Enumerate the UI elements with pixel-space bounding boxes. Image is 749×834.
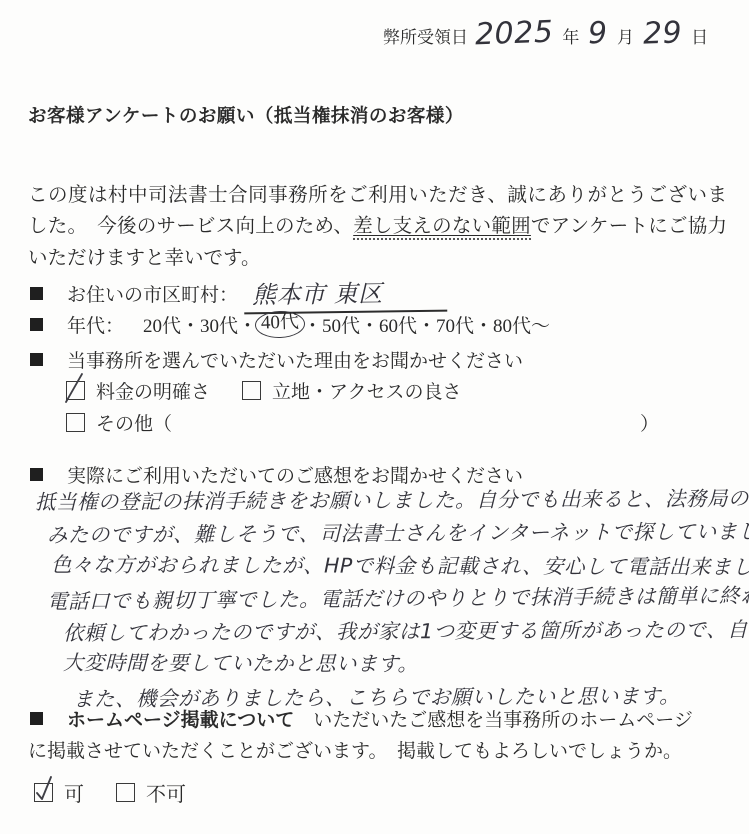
page-title: お客様アンケートのお願い（抵当権抹消のお客様） bbox=[28, 102, 464, 128]
intro-paragraph: この度は村中司法書士合同事務所をご利用いただき、誠にありがとうございました。 今… bbox=[28, 180, 727, 275]
option-no-label: 不可 bbox=[146, 778, 186, 807]
option-yes-label: 可 bbox=[64, 778, 84, 807]
feedback-answer-handwritten: 抵当権の登記の抹消手続きをお願いしました。自分でも出来ると、法務局のHPを みた… bbox=[35, 484, 749, 714]
question-homepage: ホームページ掲載について いただいたご感想を当事務所のホームページ bbox=[30, 705, 693, 732]
feedback-line: みたのですが、難しそうで、司法書士さんをインターネットで探していました。 bbox=[47, 515, 749, 552]
day-unit: 日 bbox=[691, 23, 708, 48]
handwritten-check-icon bbox=[35, 784, 52, 801]
option-fee-label: 料金の明確さ bbox=[96, 377, 210, 404]
feedback-line: 抵当権の登記の抹消手続きをお願いしました。自分でも出来ると、法務局のHPを bbox=[35, 482, 749, 519]
option-no: 不可 bbox=[116, 778, 186, 807]
option-other: その他（ ） bbox=[66, 409, 659, 436]
feedback-line: 依頼してわかったのですが、我が家は1つ変更する箇所があったので、自分でしたら bbox=[63, 613, 749, 650]
residence-answer-handwritten: 熊本市 東区 bbox=[244, 273, 448, 315]
question-age: 年代： 20代・30代・ 40代 ・50代・60代・70代・80代～ bbox=[30, 311, 550, 338]
checkbox-fee-checked[interactable] bbox=[66, 381, 85, 400]
option-location: 立地・アクセスの良さ bbox=[242, 377, 461, 404]
received-year-handwritten: 2025 bbox=[474, 15, 554, 53]
reason-options-row: 料金の明確さ 立地・アクセスの良さ bbox=[66, 377, 461, 404]
bullet-square-icon bbox=[30, 353, 43, 366]
homepage-line2: に掲載させていただくことがございます。 掲載してもよろしいでしょうか。 bbox=[28, 736, 682, 763]
received-date-label: 弊所受領日 bbox=[383, 23, 468, 48]
intro-underlined-phrase: 差し支えのない範囲 bbox=[353, 216, 531, 240]
year-unit: 年 bbox=[562, 23, 579, 48]
option-fee: 料金の明確さ bbox=[66, 377, 210, 404]
question-reason: 当事務所を選んでいただいた理由をお聞かせください bbox=[30, 346, 523, 373]
age-label: 年代： bbox=[67, 311, 124, 338]
option-yes: 可 bbox=[34, 778, 84, 807]
bullet-square-icon bbox=[30, 468, 43, 481]
reason-label: 当事務所を選んでいただいた理由をお聞かせください bbox=[67, 346, 523, 373]
received-day-handwritten: 29 bbox=[642, 15, 682, 51]
question-residence: お住いの市区町村： 熊本市 東区 bbox=[30, 274, 447, 313]
received-date: 弊所受領日 2025 年 9 月 29 日 bbox=[383, 16, 710, 51]
bullet-square-icon bbox=[30, 287, 43, 300]
checkbox-yes-checked[interactable] bbox=[34, 783, 53, 802]
bullet-square-icon bbox=[30, 318, 43, 331]
handwritten-slash-icon bbox=[67, 382, 84, 399]
checkbox-location[interactable] bbox=[242, 381, 261, 400]
option-other-close-paren: ） bbox=[640, 409, 659, 436]
reason-other-row: その他（ ） bbox=[66, 409, 659, 436]
feedback-line: 電話口でも親切丁寧でした。電話だけのやりとりで抹消手続きは簡単に終わりました。 bbox=[47, 579, 749, 619]
homepage-heading: ホームページ掲載について bbox=[67, 705, 294, 732]
residence-label: お住いの市区町村： bbox=[67, 280, 238, 307]
homepage-line1-rest: いただいたご感想を当事務所のホームページ bbox=[294, 705, 693, 732]
age-circled-answer: 40代 bbox=[255, 310, 306, 339]
consent-options-row: 可 不可 bbox=[34, 778, 186, 807]
checkbox-no[interactable] bbox=[116, 783, 135, 802]
age-options-after: ・50代・60代・70代・80代～ bbox=[303, 311, 550, 338]
checkbox-other[interactable] bbox=[66, 413, 85, 432]
option-location-label: 立地・アクセスの良さ bbox=[272, 377, 461, 404]
received-month-handwritten: 9 bbox=[588, 16, 609, 52]
feedback-line: 大変時間を要していたかと思います。 bbox=[63, 647, 749, 683]
feedback-line: 色々な方がおられましたが、HPで料金も記載され、安心して電話出来ました。 bbox=[51, 548, 749, 584]
age-options-before: 20代・30代・ bbox=[124, 311, 257, 338]
bullet-square-icon bbox=[30, 712, 43, 725]
option-other-label: その他（ bbox=[96, 409, 172, 436]
month-unit: 月 bbox=[617, 23, 634, 48]
scanned-survey-document: 弊所受領日 2025 年 9 月 29 日 お客様アンケートのお願い（抵当権抹消… bbox=[0, 0, 749, 834]
